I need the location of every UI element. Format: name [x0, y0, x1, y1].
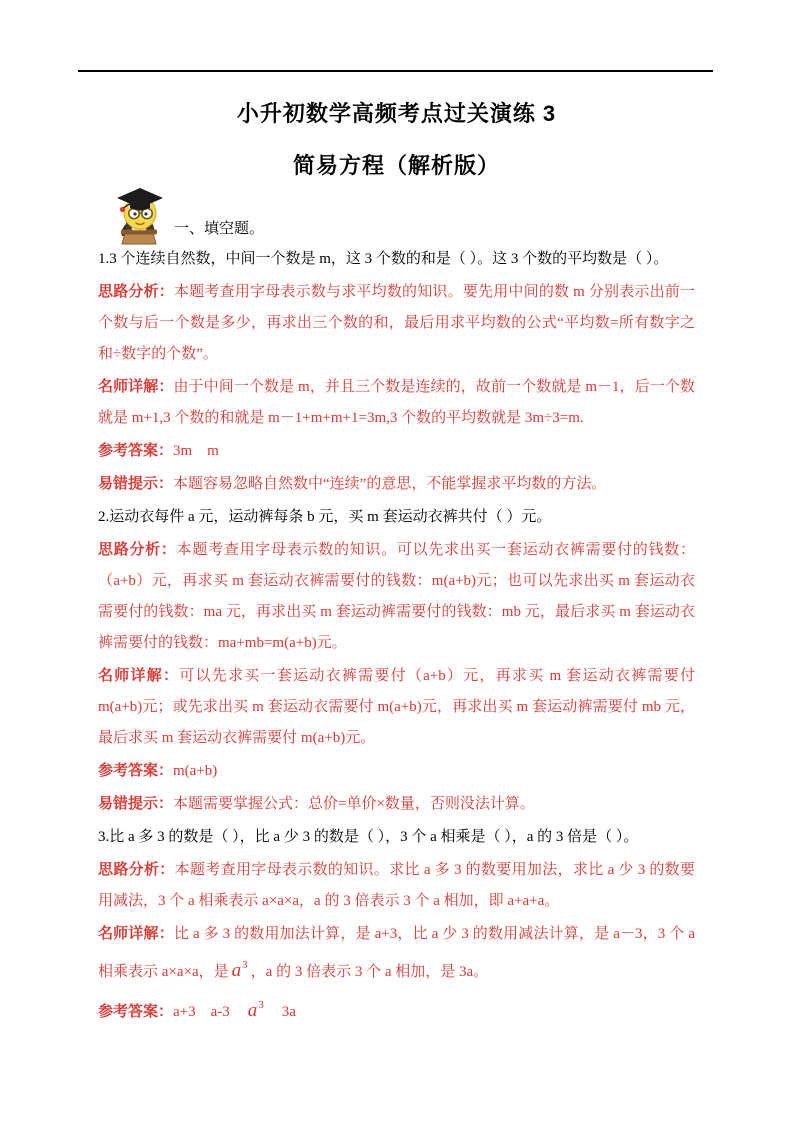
tip-label: 易错提示：: [98, 476, 173, 492]
answer-text: 3a: [267, 1004, 296, 1020]
answer-paragraph: 参考答案：a+3 a-3 a3 3a: [98, 990, 695, 1028]
math-symbol: a: [229, 960, 242, 981]
explanation-text: 由于中间一个数是 m，并且三个数是连续的，故前一个数就是 m－1，后一个数就是 …: [98, 379, 695, 426]
explanation-text: ，a 的 3 倍表示 3 个 a 相加，是 3a。: [251, 964, 488, 980]
explanation-label: 名师详解：: [98, 379, 173, 395]
explanation-paragraph: 名师详解：可以先求买一套运动衣裤需要付（a+b）元，再求买 m 套运动衣裤需要付…: [98, 661, 695, 754]
answer-text: 3m m: [173, 443, 219, 459]
answer-label: 参考答案：: [98, 763, 173, 779]
tip-label: 易错提示：: [98, 796, 173, 812]
question-text-1: 1.3 个连续自然数，中间一个数是 m，这 3 个数的和是（ ）。这 3 个数的…: [98, 244, 695, 275]
question-text-2: 2.运动衣每件 a 元，运动裤每条 b 元，买 m 套运动衣裤共付（ ）元。: [98, 502, 695, 533]
explanation-text: 可以先求买一套运动衣裤需要付（a+b）元，再求买 m 套运动衣裤需要付 m(a+…: [98, 668, 695, 746]
section-heading: 一、填空题。: [168, 217, 264, 245]
question-text-3: 3.比 a 多 3 的数是（ ），比 a 少 3 的数是（ ），3 个 a 相乘…: [98, 822, 695, 853]
graduate-mascot-icon: [110, 183, 168, 245]
answer-text: m(a+b): [173, 763, 217, 779]
document-page: 小升初数学高频考点过关演练 3 简易方程（解析版）: [0, 0, 793, 1122]
analysis-label: 思路分析：: [98, 542, 177, 558]
math-symbol: a: [245, 1000, 258, 1021]
math-superscript: 3: [257, 999, 267, 1011]
explanation-paragraph: 名师详解：由于中间一个数是 m，并且三个数是连续的，故前一个数就是 m－1，后一…: [98, 372, 695, 434]
answer-label: 参考答案：: [98, 443, 173, 459]
tip-paragraph: 易错提示：本题容易忽略自然数中“连续”的意思，不能掌握求平均数的方法。: [98, 469, 695, 500]
analysis-text: 本题考查用字母表示数的知识。可以先求出买一套运动衣裤需要付的钱数：（a+b）元，…: [98, 542, 695, 651]
math-superscript: 3: [241, 959, 251, 971]
tip-paragraph: 易错提示：本题需要掌握公式：总价=单价×数量，否则没法计算。: [98, 789, 695, 820]
answer-paragraph: 参考答案：3m m: [98, 436, 695, 467]
answer-label: 参考答案：: [98, 1004, 173, 1020]
analysis-text: 本题考查用字母表示数的知识。求比 a 多 3 的数要用加法，求比 a 少 3 的…: [98, 862, 695, 909]
answer-text: a+3 a-3: [173, 1004, 245, 1020]
explanation-paragraph: 名师详解：比 a 多 3 的数用加法计算，是 a+3，比 a 少 3 的数用减法…: [98, 919, 695, 988]
analysis-text: 本题考查用字母表示数与求平均数的知识。要先用中间的数 m 分别表示出前一个数与后…: [98, 284, 695, 362]
explanation-label: 名师详解：: [98, 668, 179, 684]
tip-text: 本题需要掌握公式：总价=单价×数量，否则没法计算。: [173, 796, 535, 812]
answer-paragraph: 参考答案：m(a+b): [98, 756, 695, 787]
analysis-label: 思路分析：: [98, 284, 174, 300]
analysis-paragraph: 思路分析：本题考查用字母表示数的知识。求比 a 多 3 的数要用加法，求比 a …: [98, 855, 695, 917]
explanation-label: 名师详解：: [98, 926, 174, 942]
section-heading-row: 一、填空题。: [110, 183, 264, 245]
questions-list: 1.3 个连续自然数，中间一个数是 m，这 3 个数的和是（ ）。这 3 个数的…: [98, 242, 695, 1030]
tip-text: 本题容易忽略自然数中“连续”的意思，不能掌握求平均数的方法。: [173, 476, 606, 492]
header-rule: [78, 70, 713, 72]
analysis-paragraph: 思路分析：本题考查用字母表示数与求平均数的知识。要先用中间的数 m 分别表示出前…: [98, 277, 695, 370]
analysis-label: 思路分析：: [98, 862, 175, 878]
analysis-paragraph: 思路分析：本题考查用字母表示数的知识。可以先求出买一套运动衣裤需要付的钱数：（a…: [98, 535, 695, 659]
page-subtitle: 简易方程（解析版）: [0, 149, 793, 180]
page-title: 小升初数学高频考点过关演练 3: [0, 97, 793, 128]
